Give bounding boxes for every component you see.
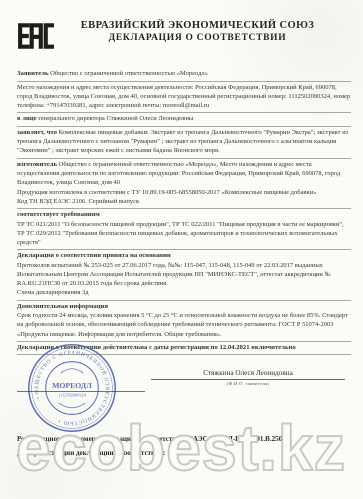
registration-date-label: Дата регистрации декларации о соответств…	[17, 449, 165, 457]
document-header: ЕВРАЗИЙСКИЙ ЭКОНОМИЧЕСКИЙ СОЮЗ ДЕКЛАРАЦИ…	[0, 0, 363, 60]
registration-block: Регистрационный номер декларации о соотв…	[0, 431, 363, 460]
manufacturer-group: изготовитель Общество с ограниченной отв…	[17, 159, 351, 209]
person-row: в лице генерального директора Стяжкиной …	[17, 113, 351, 127]
registration-date-value: 13.04.2018	[167, 449, 199, 457]
compliance-group: соответствует требованиям ТР ТС 021/2011…	[17, 209, 351, 250]
applicant-signatory-name: Стяжкина Олеся Леонидовна	[151, 369, 345, 379]
applicant-name-block: Стяжкина Олеся Леонидовна (Ф.И.О. заявит…	[151, 369, 345, 386]
person-value: генерального директора Стяжкиной Олеси Л…	[38, 115, 193, 122]
declaration-document: ЕВРАЗИЙСКИЙ ЭКОНОМИЧЕСКИЙ СОЮЗ ДЕКЛАРАЦИ…	[0, 0, 363, 499]
basis-heading: Декларация о соответствии принята на осн…	[17, 251, 351, 261]
title-block: ЕВРАЗИЙСКИЙ ЭКОНОМИЧЕСКИЙ СОЮЗ ДЕКЛАРАЦИ…	[58, 20, 351, 43]
manufacturer-label: изготовитель	[17, 161, 57, 168]
registration-date-row: Дата регистрации декларации о соответств…	[17, 447, 351, 460]
stamp-company-name: МОРЕОДЛ	[52, 381, 92, 390]
name-underline	[151, 379, 345, 380]
declares-value: Комплексные пищевые добавки: Экстракт из…	[17, 129, 348, 155]
scheme-row: Схема декларирования 3д	[17, 288, 351, 297]
registration-number-label: Регистрационный номер декларации о соотв…	[17, 435, 187, 443]
company-stamp-icon: • ОБЩЕСТВО С ОГРАНИЧЕННОЙ ОТВЕТСТВЕННОСТ…	[25, 341, 119, 435]
declares-row: заявляет, что Комплексные пищевые добавк…	[17, 127, 351, 159]
stamp-ogrn-number: 1112502000324	[58, 393, 87, 398]
declaration-body: Заявитель Общество с ограниченной ответс…	[0, 60, 363, 355]
applicant-row: Заявитель Общество с ограниченной ответс…	[17, 68, 351, 82]
complies-heading: соответствует требованиям	[17, 210, 351, 220]
document-title: ДЕКЛАРАЦИЯ О СООТВЕТСТВИИ	[58, 33, 337, 43]
basis-group: Декларация о соответствии принята на осн…	[17, 250, 351, 300]
eac-mark-icon	[20, 25, 52, 46]
applicant-address-row: Место нахождения и адрес места осуществл…	[17, 82, 351, 114]
declares-label: заявляет, что	[17, 129, 57, 136]
additional-text: Срок годности 24 месяца, условия хранени…	[17, 311, 351, 339]
additional-heading: Дополнительная информация	[17, 302, 351, 312]
tnved-code-row: Код ТН ВЭД ЕАЭС 2106. Серийный выпуск	[17, 197, 351, 206]
produced-row: Продукция изготовлена в соответствии с Т…	[17, 188, 351, 197]
signature-line	[17, 391, 145, 392]
applicant-address: Место нахождения и адрес места осуществл…	[17, 84, 350, 109]
registration-number-value: ЕАЭС N RU Д-RU.ВЯ01.В.25090	[188, 435, 289, 443]
additional-info-group: Дополнительная информация Срок годности …	[17, 301, 351, 342]
signature-area: • ОБЩЕСТВО С ОГРАНИЧЕННОЙ ОТВЕТСТВЕННОСТ…	[17, 357, 351, 431]
manufacturer-row: изготовитель Общество с ограниченной отв…	[17, 160, 351, 188]
manufacturer-value: Общество с ограниченной ответственностью…	[17, 161, 340, 187]
applicant-label: Заявитель	[17, 70, 49, 77]
applicant-value: Общество с ограниченной ответственностью…	[50, 70, 208, 77]
applicant-name-caption: (Ф.И.О. заявителя)	[151, 381, 345, 386]
person-label: в лице	[17, 115, 37, 122]
complies-text: ТР ТС 021/2011 "О безопасности пищевой п…	[17, 220, 351, 248]
basis-text: Протоколов испытаний № 253-025 от 27.06.…	[17, 261, 351, 289]
eac-logo	[16, 21, 58, 56]
union-title: ЕВРАЗИЙСКИЙ ЭКОНОМИЧЕСКИЙ СОЮЗ	[58, 20, 337, 31]
